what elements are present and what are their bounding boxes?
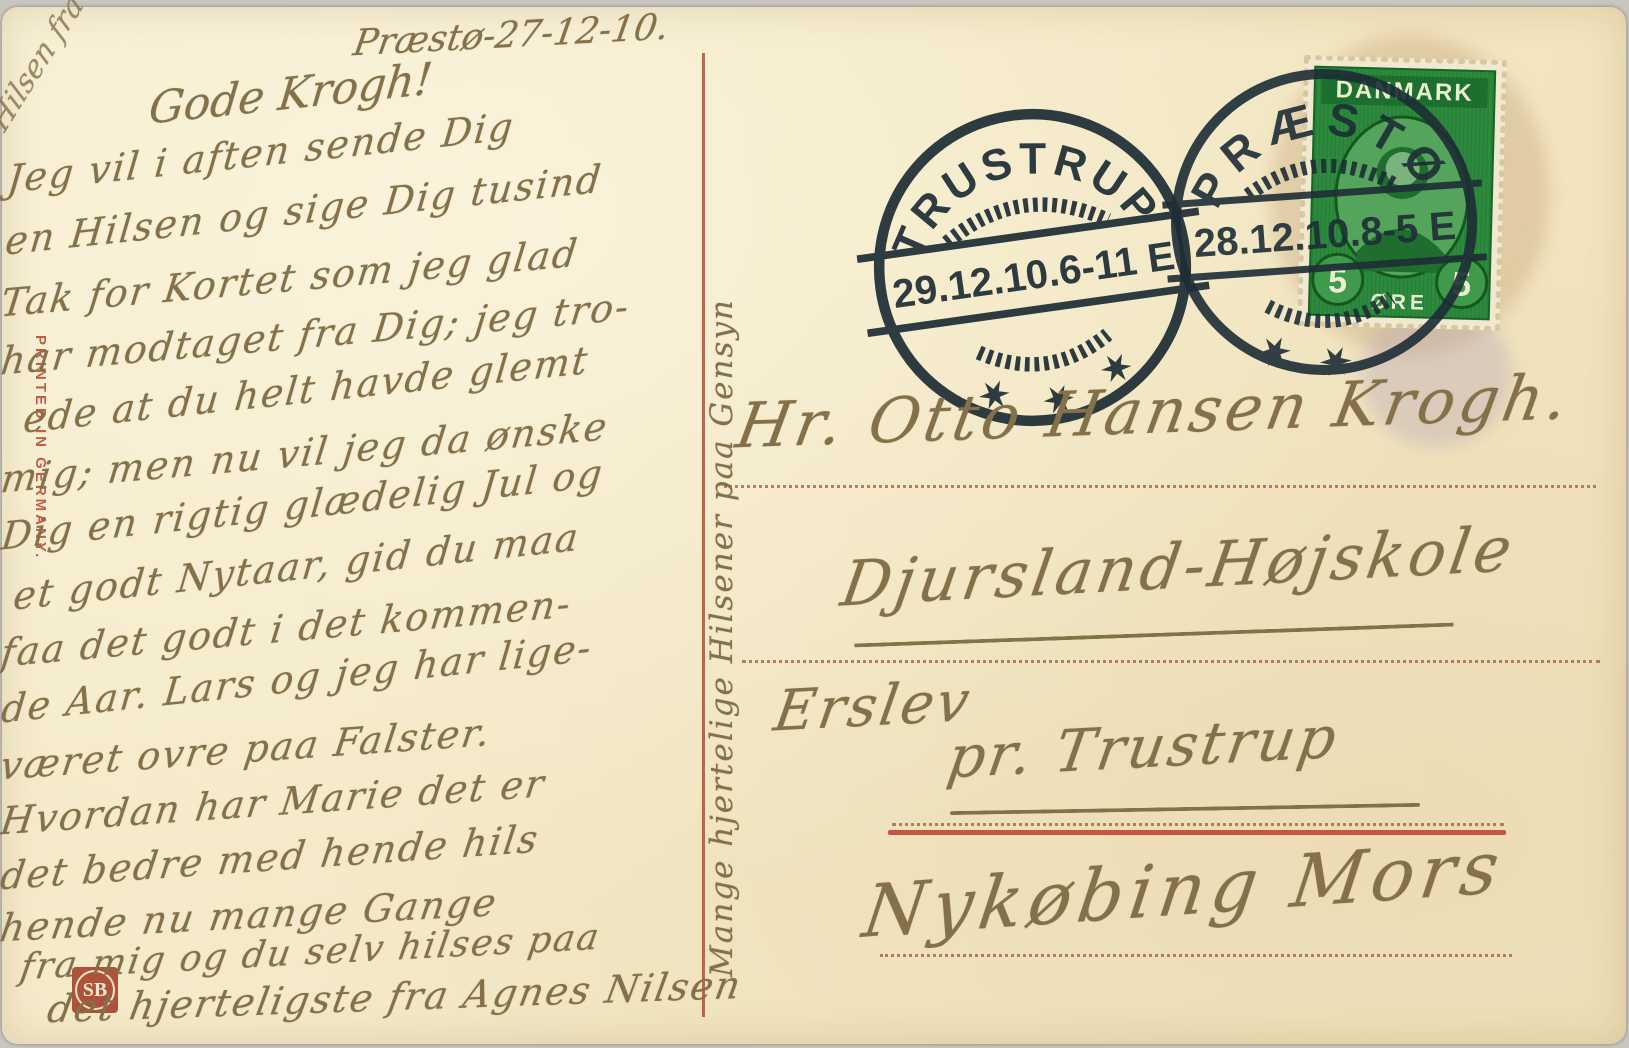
address-line-3: pr. Trustrup bbox=[943, 703, 1344, 792]
address-line-3-left: Erslev bbox=[770, 669, 977, 745]
address-rule-2 bbox=[742, 660, 1600, 663]
praesto-postmark: PRÆSTØ 28.12.10.8-5 E bbox=[1153, 51, 1495, 393]
praesto-postmark-date: 28.12.10.8-5 E bbox=[1192, 204, 1457, 266]
praesto-postmark-town: PRÆSTØ bbox=[1174, 81, 1464, 218]
strike-through-line3 bbox=[950, 803, 1420, 815]
dateline: Præstø-27-12-10. bbox=[350, 7, 671, 65]
vertical-margin-note: Mange hjertelige Hilsener paa Gensyn bbox=[704, 147, 740, 977]
address-line-2: Djursland-Højskole bbox=[836, 512, 1520, 621]
address-line-4: Nykøbing Mors bbox=[858, 824, 1510, 954]
strike-through-line2 bbox=[854, 623, 1454, 648]
address-rule-1 bbox=[724, 485, 1596, 488]
postcard: PRINTED IN GERMANY. SB Hilsen fra Lars P… bbox=[2, 7, 1626, 1044]
address-rule-4 bbox=[880, 954, 1512, 957]
address-line-1: Hr. Otto Hansen Krogh. bbox=[731, 360, 1577, 463]
address-rule-3 bbox=[892, 823, 1504, 826]
corner-note: Hilsen fra Lars bbox=[0, 0, 131, 139]
svg-text:PRÆSTØ: PRÆSTØ bbox=[1174, 81, 1464, 218]
